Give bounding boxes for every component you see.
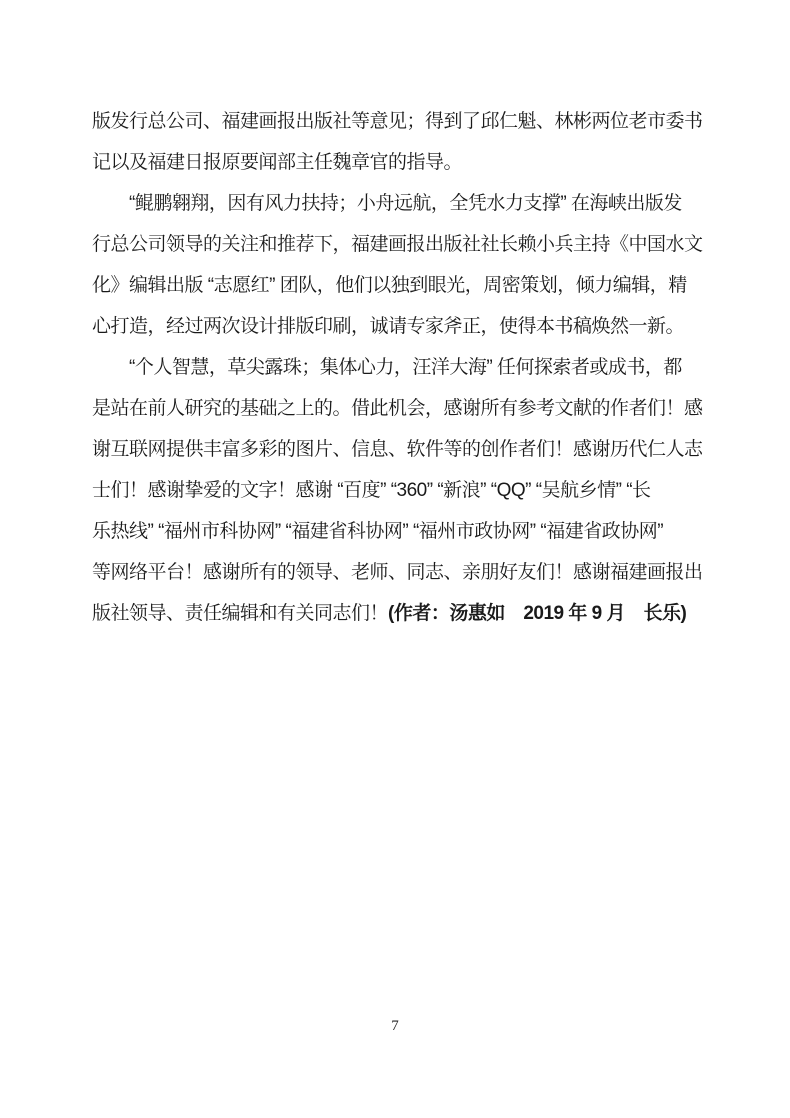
text-line: 等网络平台！感谢所有的领导、老师、同志、亲朋好友们！感谢福建画报出 [92, 552, 714, 593]
text-block: 版发行总公司、福建画报出版社等意见；得到了邱仁魁、林彬两位老市委书 记以及福建日… [92, 101, 714, 634]
document-page: { "page": { "number": "7", "background":… [0, 0, 790, 1118]
text-line: 记以及福建日报原要闻部主任魏章官的指导。 [92, 142, 714, 183]
text-line: “个人智慧，草尖露珠；集体心力，汪洋大海” 任何探索者或成书，都 [92, 347, 714, 388]
paragraph-2: “鲲鹏翱翔，因有风力扶持；小舟远航，全凭水力支撑” 在海峡出版发 行总公司领导的… [92, 183, 714, 347]
text-line: 谢互联网提供丰富多彩的图片、信息、软件等的创作者们！感谢历代仁人志 [92, 429, 714, 470]
author-credit: (作者：汤惠如 2019 年 9 月 长乐) [388, 603, 686, 624]
text-line: 版发行总公司、福建画报出版社等意见；得到了邱仁魁、林彬两位老市委书 [92, 101, 714, 142]
paragraph-3: “个人智慧，草尖露珠；集体心力，汪洋大海” 任何探索者或成书，都 是站在前人研究… [92, 347, 714, 634]
closing-text: 版社领导、责任编辑和有关同志们！ [92, 603, 388, 624]
page-number: 7 [0, 1016, 790, 1036]
paragraph-1: 版发行总公司、福建画报出版社等意见；得到了邱仁魁、林彬两位老市委书 记以及福建日… [92, 101, 714, 183]
text-line: 士们！感谢挚爱的文字！感谢 “百度” “360” “新浪” “QQ” “吴航乡情… [92, 470, 714, 511]
text-line: 心打造，经过两次设计排版印刷，诚请专家斧正，使得本书稿焕然一新。 [92, 306, 714, 347]
text-line: “鲲鹏翱翔，因有风力扶持；小舟远航，全凭水力支撑” 在海峡出版发 [92, 183, 714, 224]
text-line: 行总公司领导的关注和推荐下，福建画报出版社社长赖小兵主持《中国水文 [92, 224, 714, 265]
text-line: 乐热线” “福州市科协网” “福建省科协网” “福州市政协网” “福建省政协网” [92, 511, 714, 552]
text-line: 化》编辑出版 “志愿红” 团队，他们以独到眼光，周密策划，倾力编辑，精 [92, 265, 714, 306]
text-line-with-author: 版社领导、责任编辑和有关同志们！(作者：汤惠如 2019 年 9 月 长乐) [92, 593, 714, 634]
text-line: 是站在前人研究的基础之上的。借此机会，感谢所有参考文献的作者们！感 [92, 388, 714, 429]
